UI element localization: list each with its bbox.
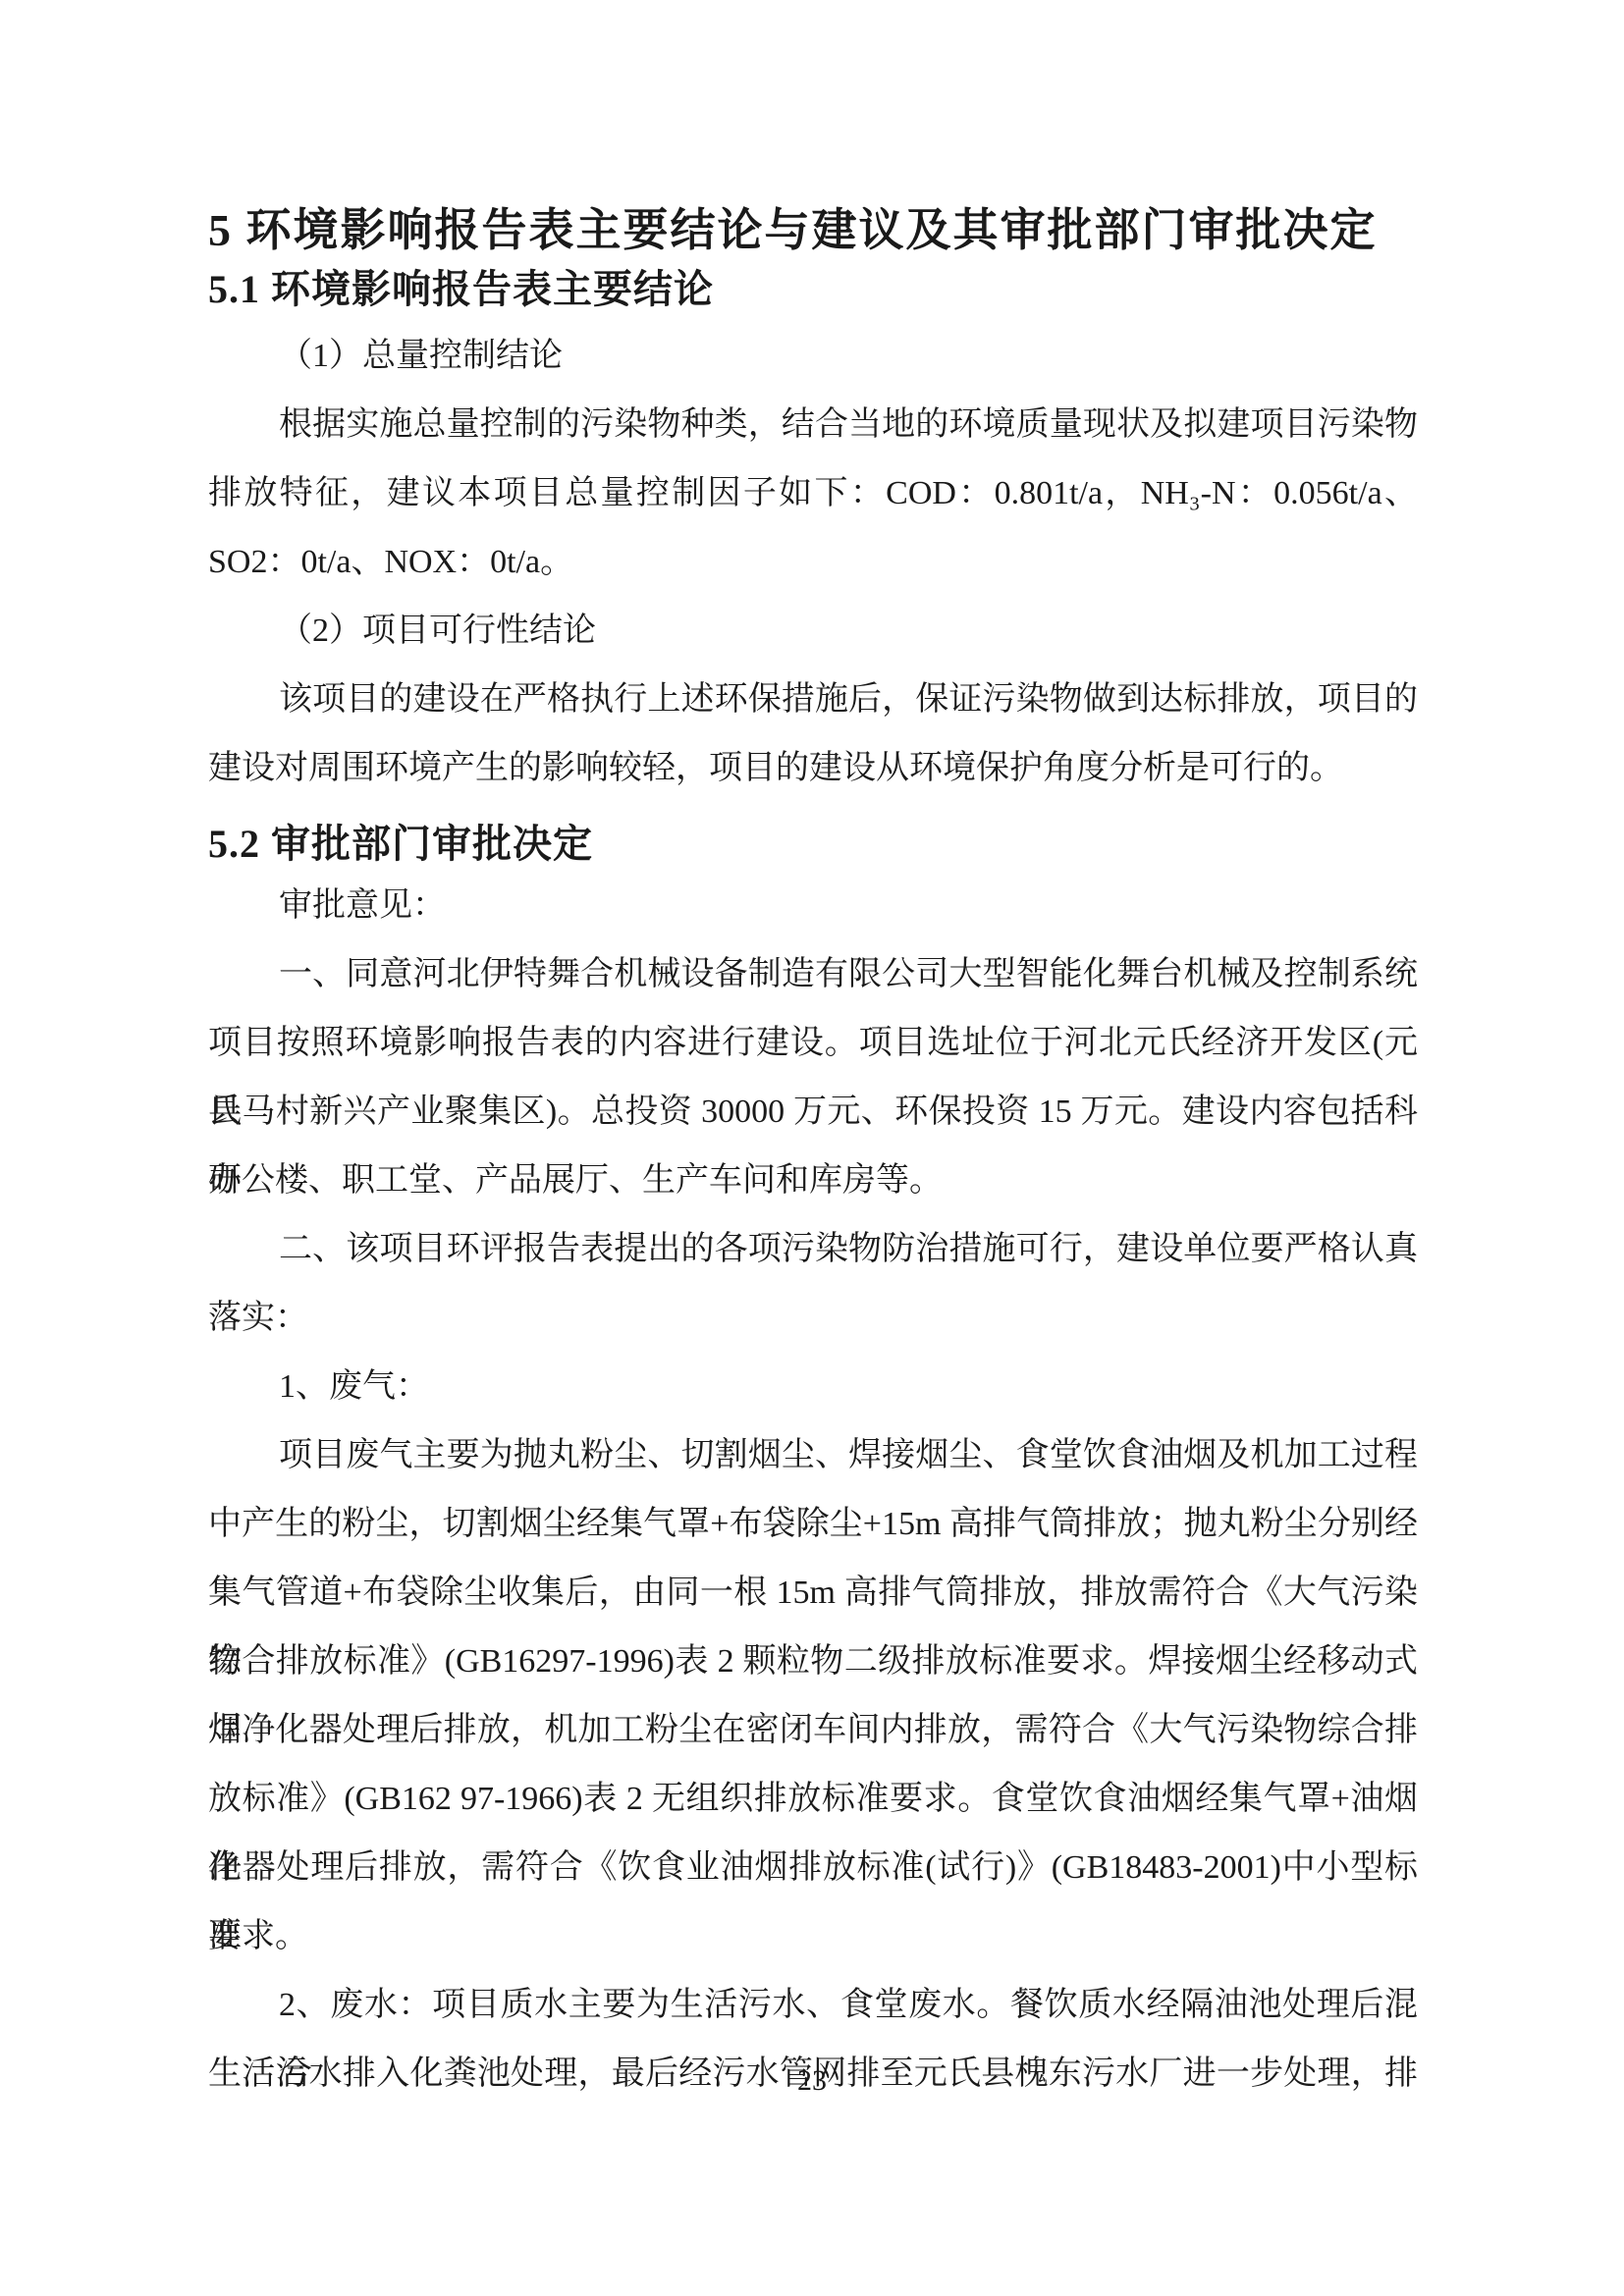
text-line: 放标准》(GB162 97-1966)表 2 无组织排放标准要求。食堂饮食油烟经… — [208, 1765, 1418, 1834]
text-line: 烟净化器处理后排放，机加工粉尘在密闭车间内排放，需符合《大气污染物综合排 — [208, 1696, 1418, 1765]
text-line: 落实： — [208, 1284, 1418, 1353]
text-line: 项目废气主要为抛丸粉尘、切割烟尘、焊接烟尘、食堂饮食油烟及机加工过程 — [208, 1421, 1418, 1490]
document-page: 5 环境影响报告表主要结论与建议及其审批部门审批决定 5.1 环境影响报告表主要… — [0, 0, 1624, 2296]
section-5-2-body: 审批意见： 一、同意河北伊特舞合机械设备制造有限公司大型智能化舞台机械及控制系统… — [208, 872, 1418, 2109]
text-line: 中产生的粉尘，切割烟尘经集气罩+布袋除尘+15m 高排气筒排放；抛丸粉尘分别经 — [208, 1490, 1418, 1559]
section-5-1-heading: 5.1 环境影响报告表主要结论 — [208, 266, 1418, 313]
text-line: 审批意见： — [208, 872, 1418, 940]
text-line: （1）总量控制结论 — [208, 322, 1418, 391]
text-line: 项目按照环境影响报告表的内容进行建设。项目选址位于河北元氏经济开发区(元氏 — [208, 1009, 1418, 1078]
section-5-1-body: （1）总量控制结论 根据实施总量控制的污染物种类，结合当地的环境质量现状及拟建项… — [208, 322, 1418, 803]
text-line: 化器处理后排放，需符合《饮食业油烟排放标准(试行)》(GB18483-2001)… — [208, 1834, 1418, 1902]
text-line: 根据实施总量控制的污染物种类，结合当地的环境质量现状及拟建项目污染物 — [208, 391, 1418, 459]
text-line: 办公楼、职工堂、产品展厅、生产车问和库房等。 — [208, 1147, 1418, 1215]
text-line: SO2：0t/a、NOX：0t/a。 — [208, 528, 1418, 597]
text-line: 2、废水：项目质水主要为生活污水、食堂废水。餐饮质水经隔油池处理后混合 — [208, 1971, 1418, 2040]
text-line: 要求。 — [208, 1902, 1418, 1971]
text-line: 建设对周围环境产生的影响较轻，项目的建设从环境保护角度分析是可行的。 — [208, 734, 1418, 803]
text-line: 一、同意河北伊特舞合机械设备制造有限公司大型智能化舞台机械及控制系统 — [208, 940, 1418, 1009]
section-5-heading: 5 环境影响报告表主要结论与建议及其审批部门审批决定 — [208, 202, 1418, 259]
page-number: 23 — [0, 2059, 1624, 2103]
text-line: 1、废气： — [208, 1353, 1418, 1421]
text-line: 该项目的建设在严格执行上述环保措施后，保证污染物做到达标排放，项目的 — [208, 666, 1418, 734]
text-line: 排放特征，建议本项目总量控制因子如下：COD：0.801t/a，NH₃-N：0.… — [208, 459, 1418, 528]
text-line: 集气管道+布袋除尘收集后，由同一根 15m 高排气筒排放，排放需符合《大气污染物 — [208, 1559, 1418, 1628]
text-line: 二、该项目环评报告表提出的各项污染物防治措施可行，建设单位要严格认真 — [208, 1215, 1418, 1284]
text-line: 综合排放标准》(GB16297-1996)表 2 颗粒物二级排放标准要求。焊接烟… — [208, 1628, 1418, 1696]
text-line: （2）项目可行性结论 — [208, 597, 1418, 666]
page-content: 5 环境影响报告表主要结论与建议及其审批部门审批决定 5.1 环境影响报告表主要… — [208, 0, 1418, 2109]
section-5-2-heading: 5.2 审批部门审批决定 — [208, 821, 1418, 868]
text-line: 县马村新兴产业聚集区)。总投资 30000 万元、环保投资 15 万元。建设内容… — [208, 1078, 1418, 1147]
